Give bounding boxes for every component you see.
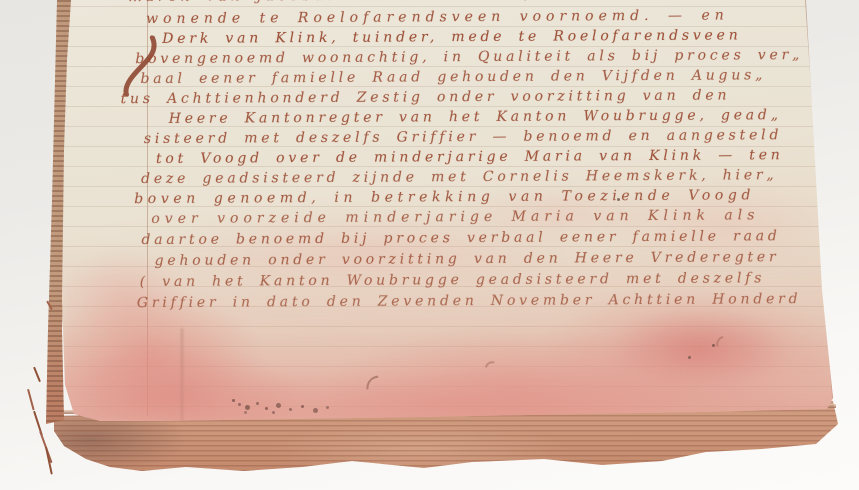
manuscript-line: Heere Kantonregter van het Kanton Woubru…: [169, 106, 782, 128]
manuscript-line: boven genoemd, in betrekking van Toezien…: [134, 186, 755, 208]
manuscript-line: tot Voogd over de minderjarige Maria van…: [156, 146, 784, 168]
manuscript-line: gehouden onder voorzitting van den Heere…: [155, 248, 780, 270]
manuscript-line: …aren van Jacobus van den Heezel, tuinde…: [128, 0, 709, 6]
manuscript-line: wonende te Roelofarendsveen voornoemd. —…: [146, 6, 729, 28]
manuscript-line: baal eener famielle Raad gehouden den Vi…: [140, 66, 766, 88]
manuscript-line: sisteerd met deszelfs Griffier — benoemd…: [144, 126, 782, 148]
manuscript-line: tus Achttienhonderd Zestig onder voorzit…: [121, 86, 731, 108]
manuscript-line: daartoe benoemd bij proces verbaal eener…: [141, 227, 780, 249]
photo-frame: …aren van Jacobus van den Heezel, tuinde…: [0, 0, 859, 490]
manuscript-line: bovengenoemd woonachtig, in Qualiteit al…: [135, 46, 803, 68]
manuscript-line: Griffier in dato den Zevenden November A…: [137, 290, 802, 312]
manuscript-line: ( van het Kanton Woubrugge geadsisteerd …: [140, 269, 766, 291]
manuscript-line: Derk van Klink, tuinder, mede te Roelofa…: [162, 26, 741, 48]
stain-wash: [60, 330, 838, 425]
manuscript-line: deze geadsisteerd zijnde met Cornelis He…: [141, 166, 777, 188]
manuscript-line: over voorzeide minderjarige Maria van Kl…: [151, 206, 759, 228]
